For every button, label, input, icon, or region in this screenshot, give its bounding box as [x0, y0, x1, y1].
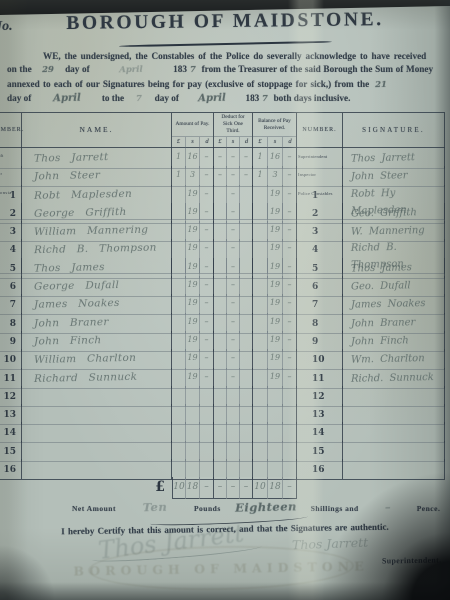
signature-cell: [343, 477, 445, 499]
table-row: 7 James Noakes 19 – – 19 – 7 James Noake…: [0, 294, 445, 312]
header-amount-of-pay: Amount of Pay. £sd: [172, 113, 214, 148]
pence-label: Pence.: [417, 504, 441, 513]
pay-pence-cell: –: [200, 477, 214, 499]
handwritten-year: 7: [187, 64, 199, 78]
intro-line-3: annexed to each of our Signatures being …: [7, 78, 445, 92]
table-row: 3 William Mannering 19 – – 19 – 3 W. Man…: [0, 221, 445, 239]
table-row: 2 George Griffith 19 – – 19 – 2 Geo. Gri…: [0, 203, 445, 221]
intro-paragraph: WE, the undersigned, the Constables of t…: [7, 50, 445, 107]
shillings-label: Shillings and: [311, 504, 359, 513]
pay-table: NUMBER. NAME. Amount of Pay. £sd Deduct …: [0, 112, 445, 498]
handwritten-net-amount: Ten: [122, 499, 188, 514]
handwritten-day: 21: [372, 79, 388, 93]
deduct-pounds-cell: –: [214, 477, 227, 499]
table-row: 11 Richard Sunnuck 19 – – 19 – 11 Richd.…: [0, 368, 445, 386]
table-row: Inspr John Steer 1 3 – – – – 1 3 – Inspe…: [0, 166, 445, 184]
pounds-shillings-pence-subheader: £sd: [172, 136, 213, 148]
header-number-left: NUMBER.: [0, 113, 22, 148]
intro-line-4: day of April to the 7 day of April 1837 …: [7, 92, 445, 106]
header-balance-of-pay: Balance of Pay Received. £sd: [253, 113, 297, 148]
table-row: 8 John Braner 19 – – 19 – 8 John Braner: [0, 313, 445, 331]
handwritten-day: 7: [126, 93, 152, 107]
intro-line-2: on the 29 day of April 1837 from the Tre…: [7, 63, 445, 77]
intro-line-1: WE, the undersigned, the Constables of t…: [7, 50, 445, 63]
deduct-pence-cell: –: [240, 477, 253, 499]
net-amount-label: Net Amount: [72, 504, 116, 513]
table-row: 10 William Charlton 19 – – 19 – 10 Wm. C…: [0, 349, 445, 367]
header-number-right: NUMBER.: [297, 113, 343, 148]
header-signature: SIGNATURE.: [343, 113, 445, 148]
handwritten-month: April: [181, 92, 243, 107]
deduct-shillings-cell: –: [227, 477, 240, 499]
pay-pounds-cell: 10: [172, 477, 186, 499]
balance-pence-cell: –: [283, 477, 297, 499]
table-total-row: £ 10 18 – – – – 10 18 –: [0, 477, 445, 498]
table-row: P. Consta1 Robt Maplesden 19 – – 19 – Po…: [0, 185, 445, 203]
table-row: Supdt Thos Jarrett 1 16 – – – – 1 16 – S…: [0, 148, 445, 166]
pounds-shillings-pence-subheader: £sd: [214, 136, 252, 148]
handwritten-pence: –: [365, 500, 411, 515]
table-row: 9 John Finch 19 – – 19 – 9 John Finch: [0, 331, 445, 349]
balance-pounds-cell: 10: [253, 477, 268, 499]
pay-table-header: NUMBER. NAME. Amount of Pay. £sd Deduct …: [0, 112, 445, 148]
pay-table-body: Supdt Thos Jarrett 1 16 – – – – 1 16 – S…: [0, 148, 445, 498]
net-amount-line: Net Amount Ten Pounds Eighteen Shillings…: [0, 500, 450, 514]
superintendent-label: Superintendent.: [382, 555, 442, 565]
pay-shillings-cell: 18: [186, 477, 200, 499]
page-title: BOROUGH OF MAIDSTONE.: [0, 8, 450, 35]
handwritten-month: April: [33, 92, 99, 107]
header-name: NAME.: [22, 113, 172, 148]
handwritten-shillings: Eighteen: [227, 499, 305, 515]
balance-shillings-cell: 18: [268, 477, 283, 499]
number-left-cell: [0, 477, 22, 499]
number-right-cell: [297, 477, 343, 499]
table-row: 12 12: [0, 386, 445, 404]
pounds-label: Pounds: [194, 504, 221, 513]
table-row: 14 14: [0, 422, 445, 440]
table-row: 5 Thos James 19 – – 19 – 5 Thos James: [0, 258, 445, 276]
document-content: No. BOROUGH OF MAIDSTONE. WE, the unders…: [0, 0, 450, 600]
table-row: 16 16: [0, 459, 445, 477]
table-row: 13 13: [0, 404, 445, 422]
table-row: 6 George Dufall 19 – – 19 – 6 Geo. Dufal…: [0, 276, 445, 294]
name-cell: £: [22, 477, 172, 499]
handwritten-month: April: [92, 64, 170, 79]
handwritten-year: 7: [259, 93, 271, 107]
pounds-shillings-pence-subheader: £sd: [253, 136, 296, 148]
header-deduct-for-sick: Deduct for Sick One Third. £sd: [214, 113, 253, 148]
table-row: 15 15: [0, 441, 445, 459]
title-underline: [119, 41, 332, 48]
handwritten-day: 29: [34, 64, 62, 78]
table-row: 4 Richd B. Thompson 19 – – 19 – 4 Richd …: [0, 239, 445, 257]
